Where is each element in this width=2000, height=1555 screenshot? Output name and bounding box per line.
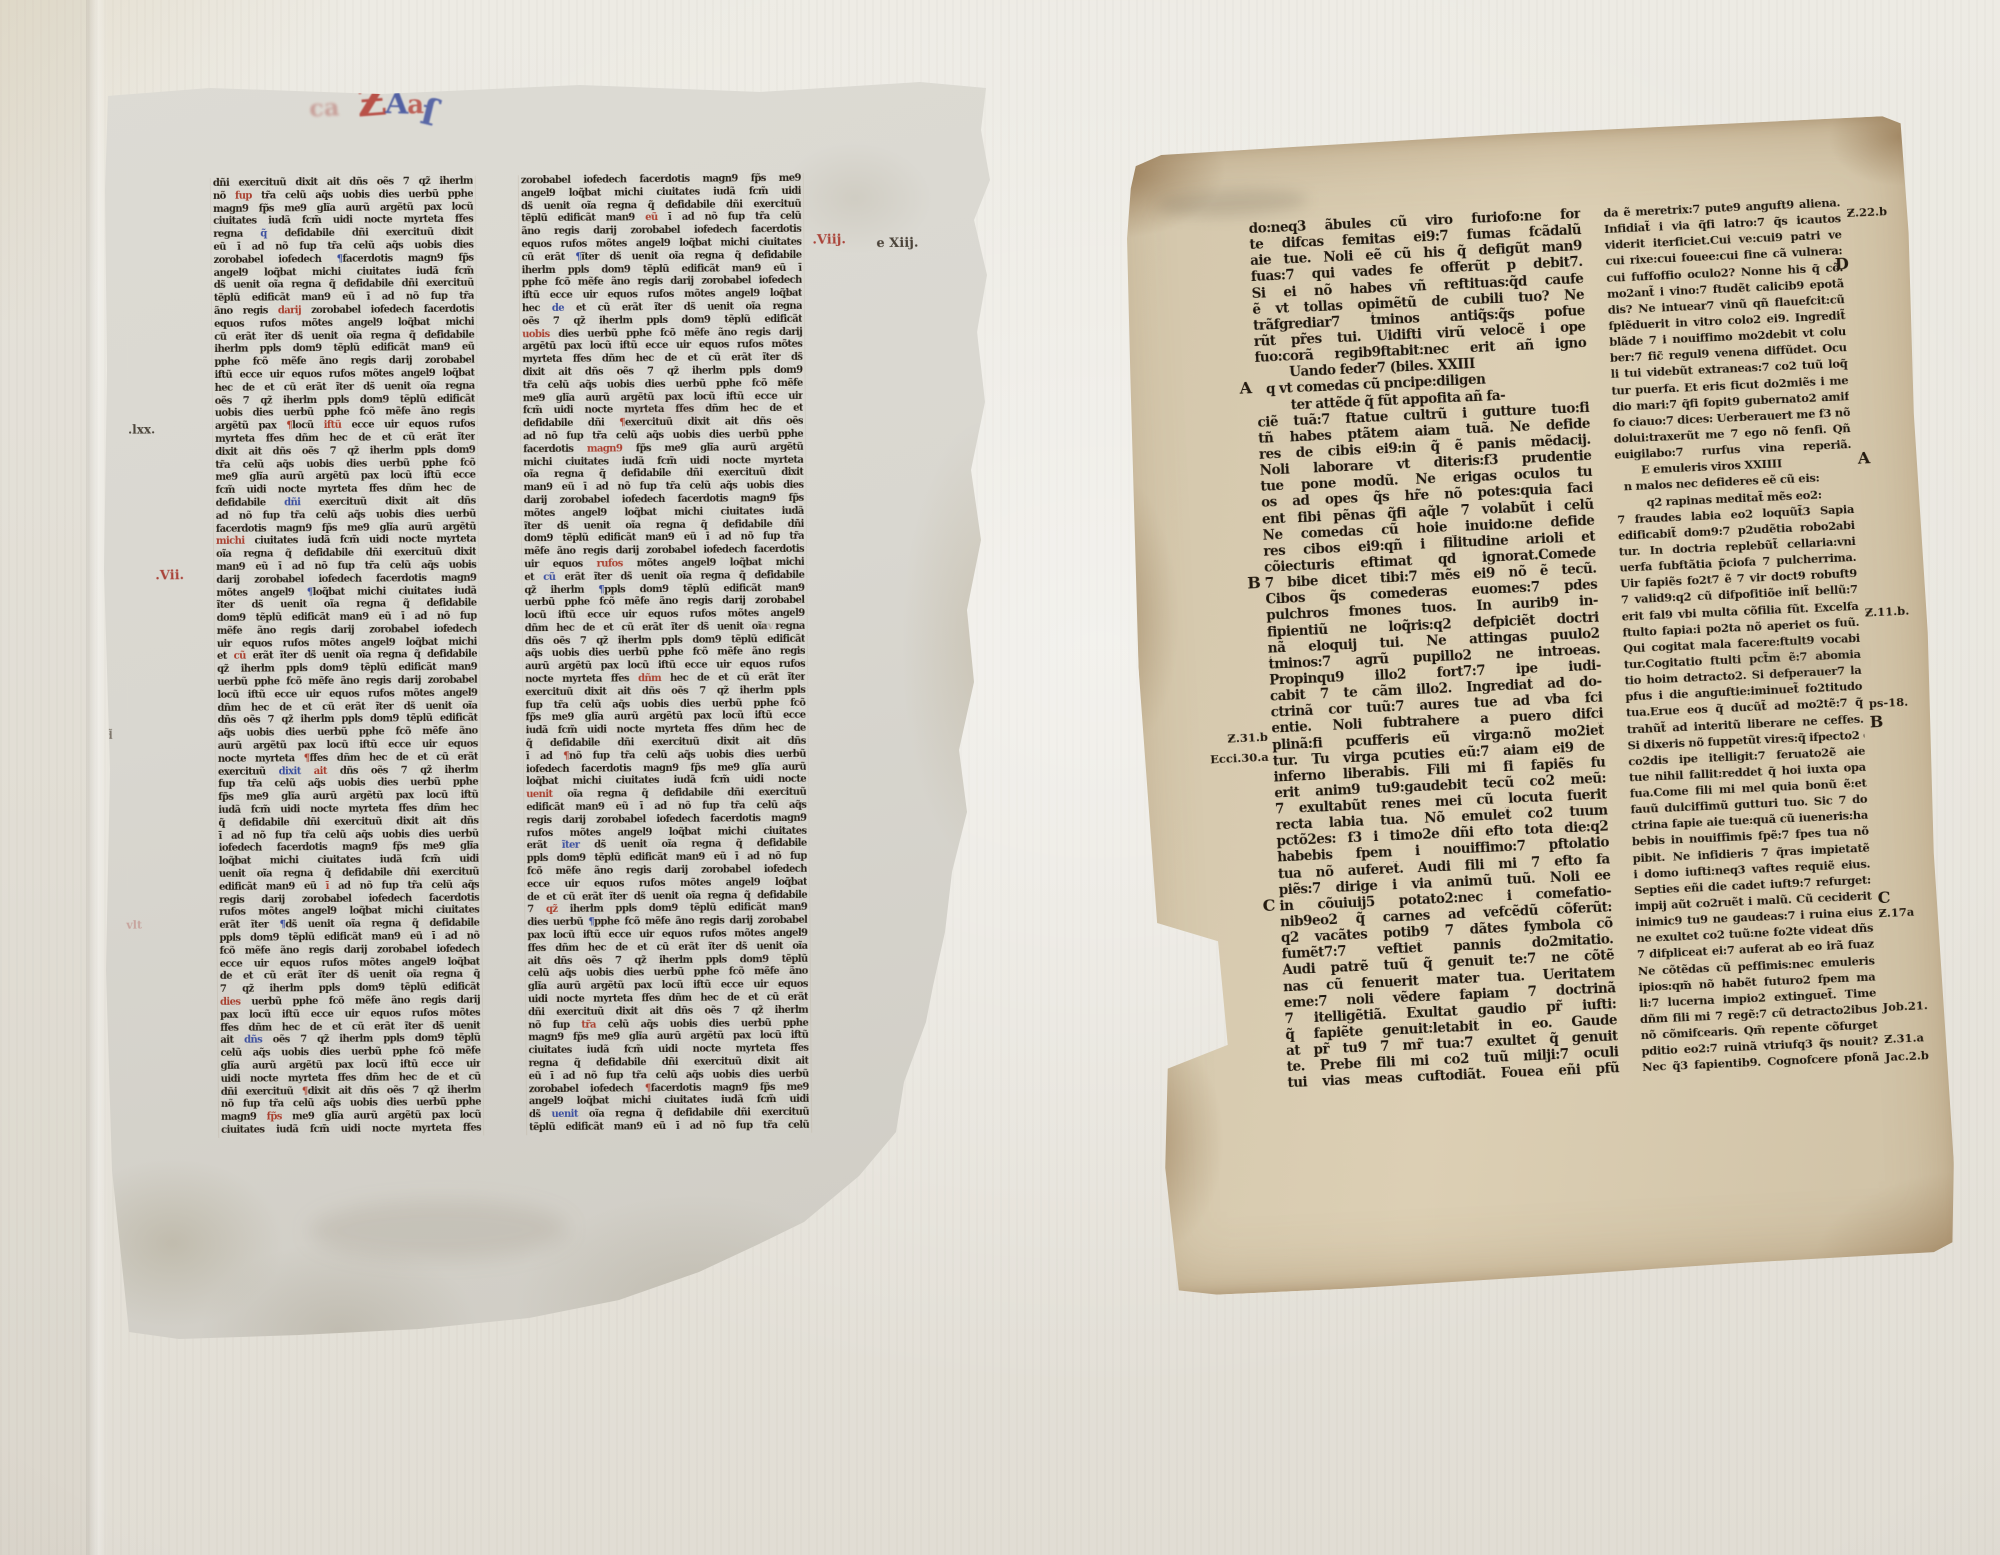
manuscript-column-2: zorobabel iofedech facerdotis magn9 fp̃s… [518,173,812,1135]
manuscript-text-line: ciuitates iudã fcm̃ uidi nocte myrteta f… [221,1123,481,1138]
margin-note-lxx: .lxx. [128,422,155,436]
margin-reference: Ecci.30.a [1210,750,1269,766]
mat-left-strip [0,0,86,1555]
margin-reference: Ƶ.31.b [1227,731,1268,746]
running-header-monogram: caƵAaſ [309,75,530,151]
margin-reference: B [1869,714,1883,728]
printed-column-right: da ẽ meretrix:7 pute9 anguft9 aliena.Inf… [1603,194,1879,1075]
header-glyph: A [385,86,409,122]
margin-reference: C [1877,890,1890,904]
manuscript-text-block: dñi exercituũ dixit ait dñs oẽs 7 qz̃ ih… [59,65,994,73]
manuscript-column-1: dñi exercituũ dixit ait dñs oẽs 7 qz̃ ih… [210,176,484,1138]
margin-note-xv-faint: xv [762,621,774,632]
margin-reference: ps-18. [1869,696,1909,711]
manuscript-leaf: caƵAaſ dñi exercituũ dixit ait dñs oẽs 7… [60,70,995,1345]
printed-text-block: do:neq3 ãbules cũ viro furiofo:ne forte … [1095,113,1966,1299]
incunable-leaf: do:neq3 ãbules cũ viro furiofo:ne forte … [1095,113,1966,1299]
stain-smudge [309,1199,570,1261]
margin-note-chapter-viij: .Viij. [812,232,846,247]
margin-reference: Ƶ.11.b. [1865,605,1910,620]
manuscript-text-line: tẽplũ edificãt man9 eũ ī ad nõ fup tr̃a … [529,1120,809,1135]
margin-reference: A [1239,381,1252,395]
manuscript-leaf-surface: caƵAaſ dñi exercituũ dixit ait dñs oẽs 7… [59,65,1005,1348]
mat-fold-crease [86,0,108,1555]
margin-reference: D [1835,257,1849,271]
margin-reference: A [1857,452,1870,466]
margin-reference: Job.21. [1882,999,1928,1014]
margin-reference: B [1247,576,1261,590]
margin-reference: C [1262,899,1275,913]
margin-note-e-xiij: e Xiij. [876,236,918,251]
margin-reference: Ƶ.31.a [1884,1031,1924,1046]
header-glyph: Ƶ [355,77,388,126]
margin-note-chapter-vii: .Vii. [155,568,184,583]
margin-reference: Ƶ.22.b [1846,205,1887,220]
printed-column-left: do:neq3 ãbules cũ viro furiofo:ne forte … [1248,206,1619,1092]
header-glyph: ca [309,92,340,122]
margin-reference: Jac.2.b [1885,1049,1929,1064]
margin-note-e: e [67,575,75,589]
margin-reference: Ƶ.17a [1878,905,1914,920]
margin-note-vlt-faint: vlt [126,919,142,932]
photo-of-two-early-leaves: { "scene": { "description": "Photograph … [0,0,2000,1555]
